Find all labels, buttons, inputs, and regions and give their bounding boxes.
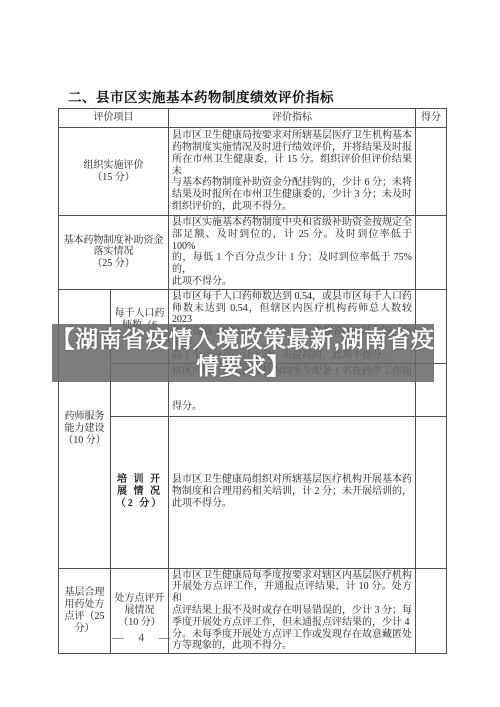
page-title: 二、县市区实施基本药物制度绩效评价指标 <box>68 86 448 106</box>
indicator-prescription-review: 县市区卫生健康局每季度按要求对辖区内基层医疗机构 开展处方点评工作，并通报点评结… <box>169 568 416 654</box>
header-item: 评价项目 <box>59 109 169 128</box>
table-header-row: 评价项目 评价指标 得分 <box>59 109 447 128</box>
table-row: 组织实施评价 （15 分） 县市区卫生健康局按要求对所辖基层医疗卫生机构基本 药… <box>59 128 447 216</box>
score-cell <box>416 216 447 290</box>
header-indicator: 评价指标 <box>169 109 416 128</box>
header-score: 得分 <box>416 109 447 128</box>
table-row: 培 训 开 展 情 况 （2 分） 县市区卫生健康局组织对所辖基层医疗机构开展基… <box>59 416 447 568</box>
page-number: — 4 — <box>112 632 177 644</box>
indicator-subsidy-funds: 县市区实施基本药物制度中央和省级补助资金按规定全 部足额、及时到位的，计 25 … <box>169 216 416 290</box>
item-org-implementation: 组织实施评价 （15 分） <box>59 128 169 216</box>
subitem-training-status: 培 训 开 展 情 况 （2 分） <box>111 416 169 568</box>
indicator-org-implementation: 县市区卫生健康局按要求对所辖基层医疗卫生机构基本 药物制度实施情况及时进行绩效评… <box>169 128 416 216</box>
score-cell <box>416 568 447 654</box>
table-row: 基本药物制度补助资金 落实情况 （25 分） 县市区实施基本药物制度中央和省级补… <box>59 216 447 290</box>
watermark-text-line2: 情要求】 <box>196 353 290 380</box>
item-prescription-review: 基层合理 用药处方 点评（25 分） <box>59 568 111 654</box>
indicator-training-status: 县市区卫生健康局组织对所辖基层医疗机构开展基本药 物制度和合理用药相关培训，计 … <box>169 416 416 568</box>
watermark-banner: 【湖南省疫情入境政策最新,湖南省疫 情要求】 <box>52 324 434 382</box>
score-cell <box>416 416 447 568</box>
score-cell <box>416 128 447 216</box>
item-subsidy-funds: 基本药物制度补助资金 落实情况 （25 分） <box>59 216 169 290</box>
watermark-text-line1: 【湖南省疫情入境政策最新,湖南省疫 <box>52 326 435 353</box>
